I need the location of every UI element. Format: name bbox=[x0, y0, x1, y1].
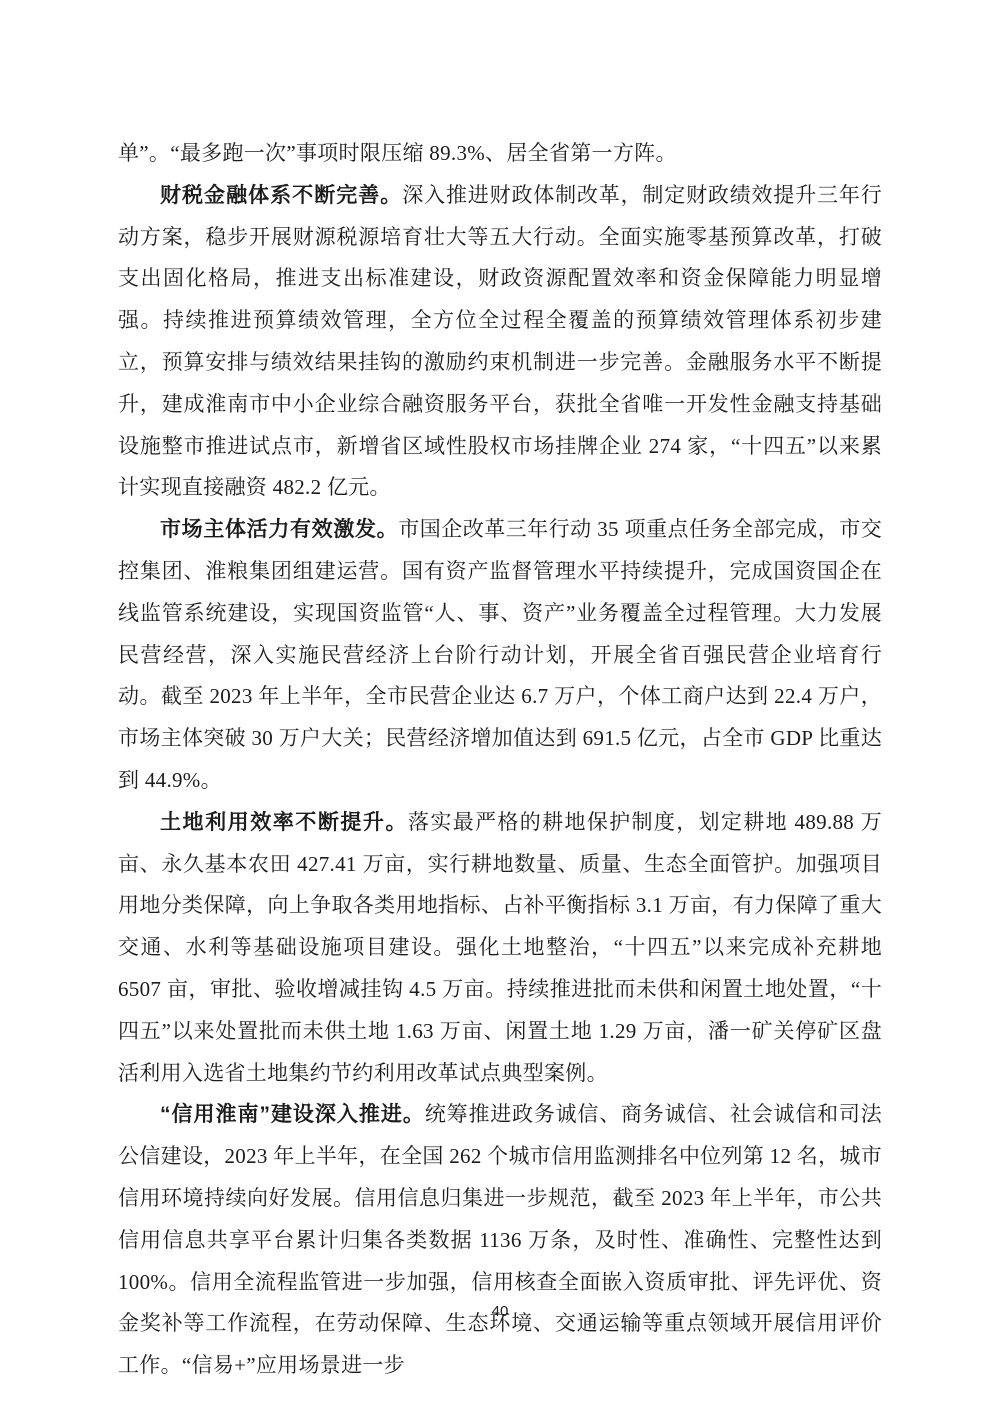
paragraph-lead: 财税金融体系不断完善。 bbox=[160, 184, 402, 207]
paragraph-continuation: 单”。“最多跑一次”事项时限压缩 89.3%、居全省第一方阵。 bbox=[118, 133, 882, 175]
document-body-text: 单”。“最多跑一次”事项时限压缩 89.3%、居全省第一方阵。 财税金融体系不断… bbox=[118, 133, 882, 1387]
paragraph-body: 深入推进财政体制改革，制定财政绩效提升三年行动方案，稳步开展财源税源培育壮大等五… bbox=[118, 183, 882, 500]
paragraph-lead: “信用淮南”建设深入推进。 bbox=[160, 1103, 425, 1126]
paragraph-body: 单”。“最多跑一次”事项时限压缩 89.3%、居全省第一方阵。 bbox=[118, 141, 677, 165]
page-number: 40 bbox=[0, 1303, 1000, 1320]
paragraph-body: 市国企改革三年行动 35 项重点任务全部完成，市交控集团、淮粮集团组建运营。国有… bbox=[118, 517, 882, 792]
paragraph-lead: 土地利用效率不断提升。 bbox=[160, 811, 408, 834]
document-page: 单”。“最多跑一次”事项时限压缩 89.3%、居全省第一方阵。 财税金融体系不断… bbox=[0, 0, 1000, 1415]
paragraph-market-entities: 市场主体活力有效激发。市国企改革三年行动 35 项重点任务全部完成，市交控集团、… bbox=[118, 509, 882, 802]
paragraph-fiscal-finance: 财税金融体系不断完善。深入推进财政体制改革，制定财政绩效提升三年行动方案，稳步开… bbox=[118, 175, 882, 509]
paragraph-lead: 市场主体活力有效激发。 bbox=[160, 518, 398, 541]
paragraph-body: 落实最严格的耕地保护制度，划定耕地 489.88 万亩、永久基本农田 427.4… bbox=[118, 810, 882, 1085]
paragraph-land-use: 土地利用效率不断提升。落实最严格的耕地保护制度，划定耕地 489.88 万亩、永… bbox=[118, 802, 882, 1095]
paragraph-body: 统筹推进政务诚信、商务诚信、社会诚信和司法公信建设，2023 年上半年，在全国 … bbox=[118, 1102, 882, 1377]
paragraph-credit-huainan: “信用淮南”建设深入推进。统筹推进政务诚信、商务诚信、社会诚信和司法公信建设，2… bbox=[118, 1094, 882, 1387]
